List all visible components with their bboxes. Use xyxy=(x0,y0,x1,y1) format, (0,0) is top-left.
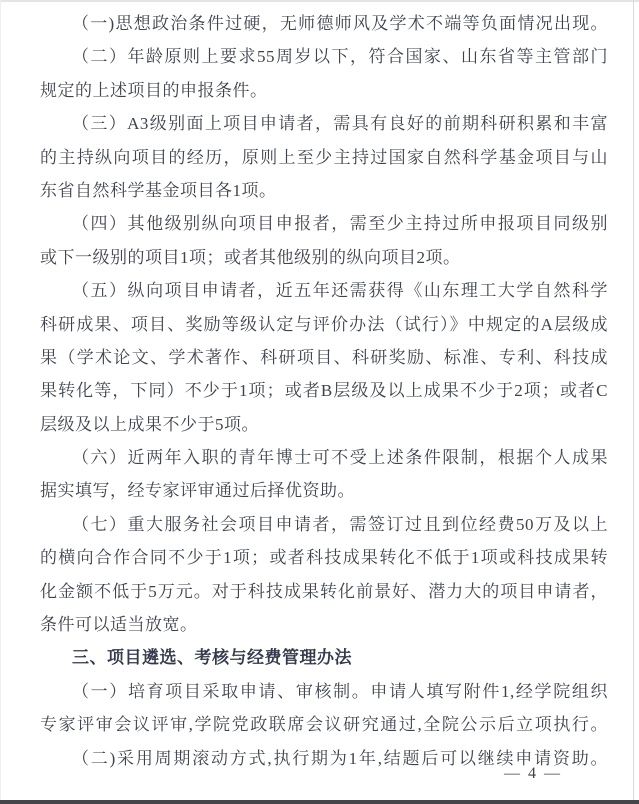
text-line: （六）近两年入职的青年博士可不受上述条件限制，根据个人成果 xyxy=(40,441,608,474)
text-line: 据实填写，经专家评审通过后择优资助。 xyxy=(40,474,608,507)
text-line: 条件可以适当放宽。 xyxy=(40,608,608,641)
text-line: （一）培育项目采取申请、审核制。申请人填写附件1,经学院组织 xyxy=(40,675,608,708)
text-line: 化金额不低于5万元。对于科技成果转化前景好、潜力大的项目申请者， xyxy=(40,575,608,608)
page-number: — 4 — xyxy=(504,764,562,784)
text-line: （四）其他级别纵向项目申报者，需至少主持过所申报项目同级别 xyxy=(40,207,608,240)
text-line: 果（学术论文、学术著作、科研项目、科研奖励、标准、专利、科技成 xyxy=(40,341,608,374)
text-line: 或下一级别的项目1项；或者其他级别的纵向项目2项。 xyxy=(40,241,608,274)
text-line: 层级及以上成果不少于5项。 xyxy=(40,408,608,441)
text-line: （五）纵向项目申请者，近五年还需获得《山东理工大学自然科学 xyxy=(40,274,608,307)
scan-bottom-edge xyxy=(0,800,639,804)
section-heading: 三、项目遴选、考核与经费管理办法 xyxy=(40,641,608,674)
text-line: 规定的上述项目的申报条件。 xyxy=(40,74,608,107)
text-line: 科研成果、项目、奖励等级认定与评价办法（试行）》中规定的A层级成 xyxy=(40,308,608,341)
text-line: 专家评审会议评审,学院党政联席会议研究通过,全院公示后立项执行。 xyxy=(40,708,608,741)
document-page: （一)思想政治条件过硬，无师德师风及学术不端等负面情况出现。 （二）年龄原则上要… xyxy=(0,0,639,804)
text-line: 的横向合作合同不少于1项；或者科技成果转化不低于1项或科技成果转 xyxy=(40,541,608,574)
text-line: （一)思想政治条件过硬，无师德师风及学术不端等负面情况出现。 xyxy=(40,7,608,40)
text-line: （三）A3级别面上项目申请者，需具有良好的前期科研积累和丰富 xyxy=(40,107,608,140)
text-line: 果转化等，下同）不少于1项；或者B层级及以上成果不少于2项；或者C xyxy=(40,374,608,407)
scan-top-edge xyxy=(0,0,639,2)
document-body: （一)思想政治条件过硬，无师德师风及学术不端等负面情况出现。 （二）年龄原则上要… xyxy=(40,7,608,775)
scan-right-edge xyxy=(633,0,634,804)
scan-left-edge xyxy=(0,0,1,804)
text-line: 的主持纵向项目的经历，原则上至少主持过国家自然科学基金项目与山 xyxy=(40,141,608,174)
text-line: （二）年龄原则上要求55周岁以下，符合国家、山东省等主管部门 xyxy=(40,40,608,73)
text-line: （七）重大服务社会项目申请者，需签订过且到位经费50万及以上 xyxy=(40,508,608,541)
text-line: 东省自然科学基金项目各1项。 xyxy=(40,174,608,207)
